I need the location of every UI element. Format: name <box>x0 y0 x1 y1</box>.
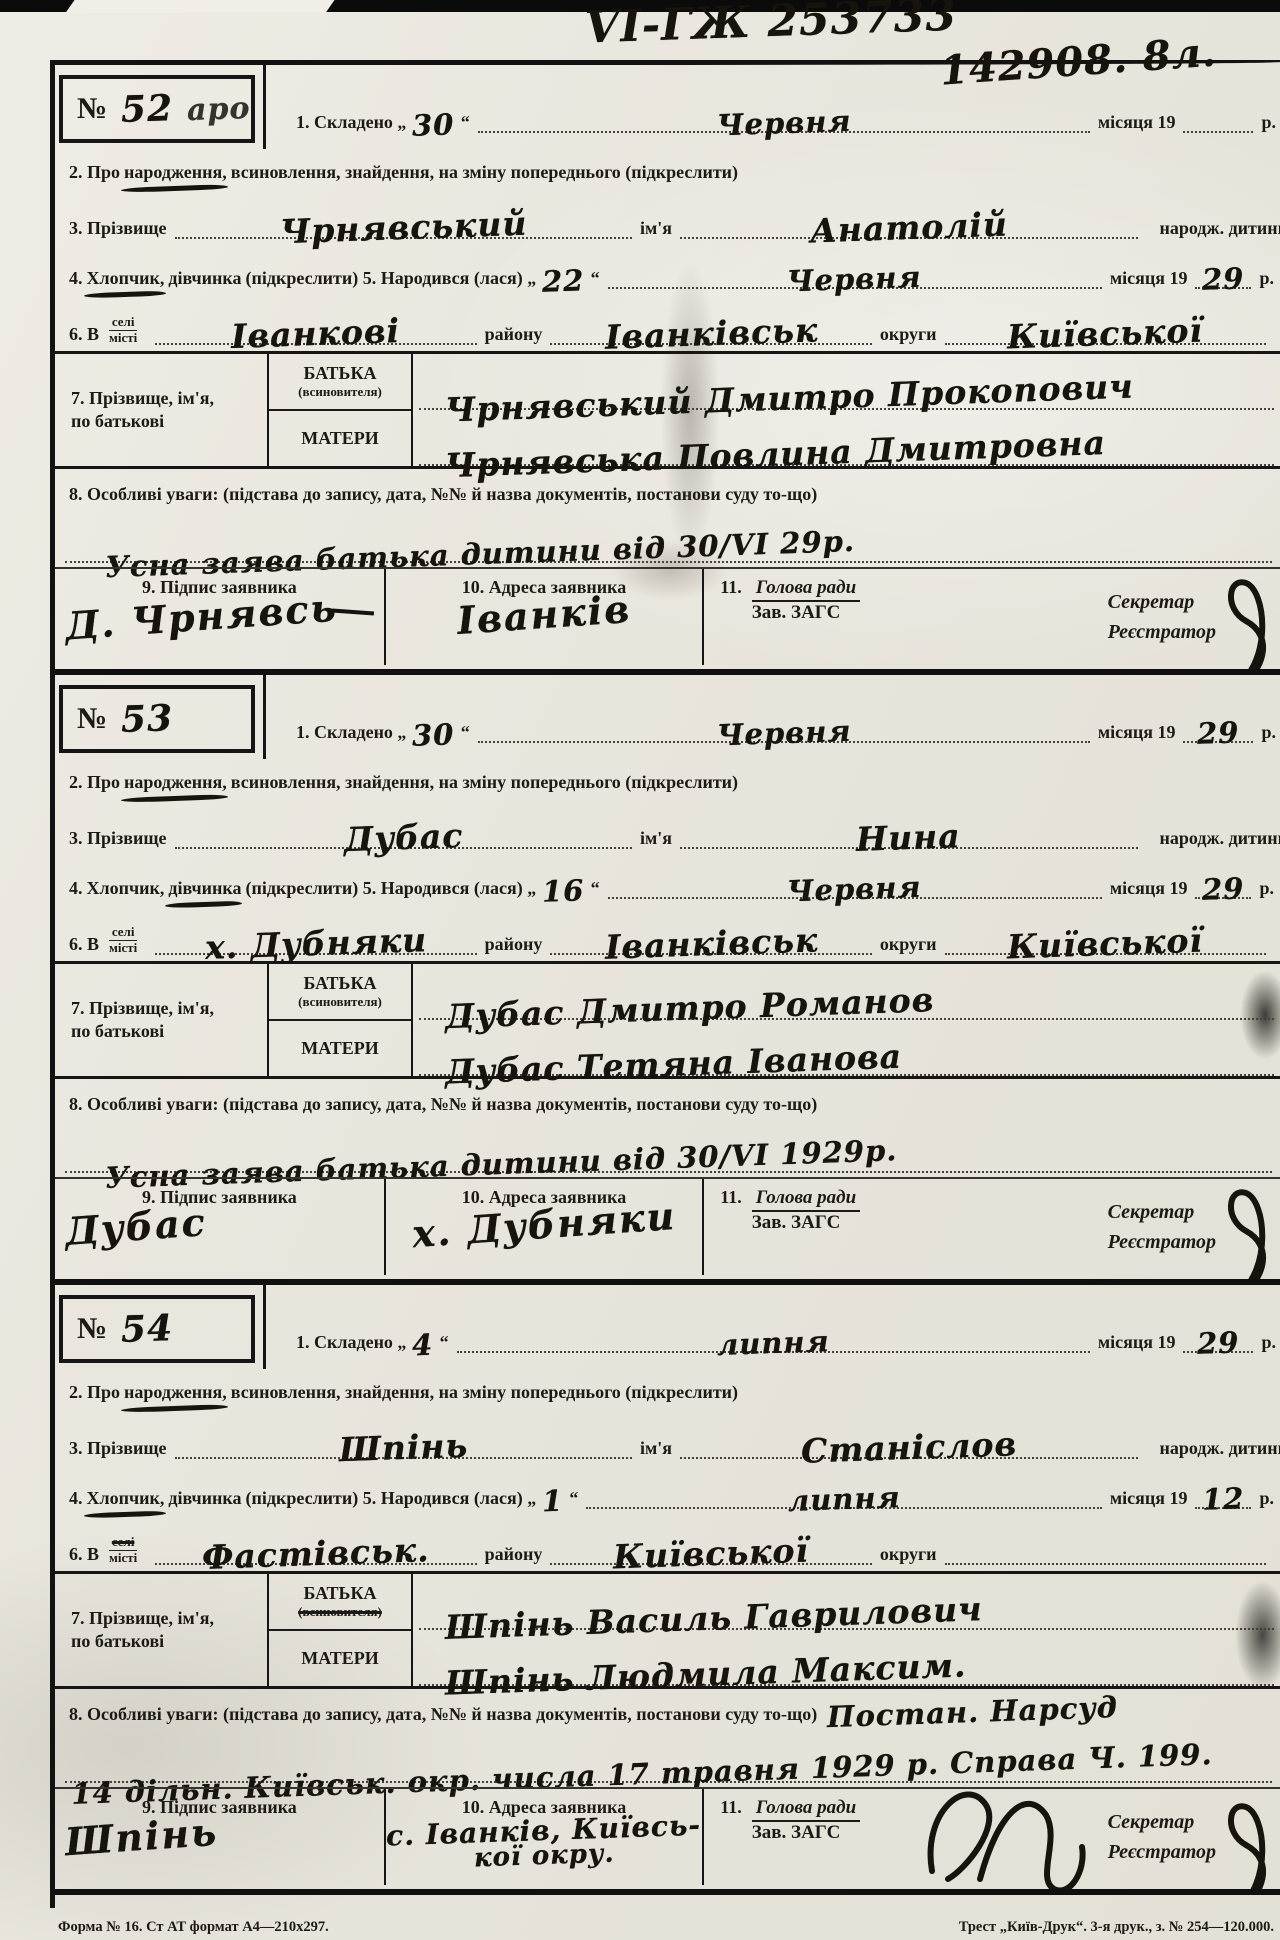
father-label: БАТЬКА <box>303 1583 376 1604</box>
born-month-field: липня <box>586 1479 1101 1509</box>
head-label: Голова ради <box>752 577 860 602</box>
head-num: 11. <box>720 577 742 665</box>
child-birth-label: народж. дитини <box>1160 1438 1280 1459</box>
born-year-field: 29 <box>1195 869 1251 899</box>
signature-row: 9. Підпис заявника Д. Чрнявсь 10. Адреса… <box>55 567 1280 665</box>
parents-label-2: по батькові <box>71 1021 267 1042</box>
parents-label-1: 7. Прізвище, ім'я, <box>71 1608 267 1629</box>
line3-name: 3. Прізвище Дубас ім'я Нина народж. дити… <box>55 799 1280 855</box>
secretary-label: Секретар <box>1108 1811 1195 1833</box>
birth-word-underlined: народження, <box>124 162 227 183</box>
year-suffix: р. <box>1261 722 1276 743</box>
signature-flourish <box>1210 1173 1280 1285</box>
head-num: 11. <box>720 1187 742 1275</box>
record-number: 53 <box>121 702 174 736</box>
father-field: Шпінь Василь Гаврилович <box>419 1574 1274 1630</box>
born-month-field: Червня <box>608 869 1102 899</box>
registrar-label: Реєстратор <box>1108 1841 1216 1863</box>
remarks-handwritten: Усна заява батька дитини від 30/VI 1929р… <box>65 1121 1272 1173</box>
city-word: місті <box>109 941 137 955</box>
in-label: 6. В <box>69 1544 99 1565</box>
month-label: місяця 19 <box>1110 1488 1188 1509</box>
quote: “ <box>569 1488 578 1509</box>
composed-year-field: 29 <box>1183 1323 1253 1353</box>
parents-label: 7. Прізвище, ім'я, по батькові <box>55 964 267 1076</box>
line7-parents: 7. Прізвище, ім'я, по батькові БАТЬКА (в… <box>55 961 1280 1079</box>
applicant-signature-cell: 9. Підпис заявника Д. Чрнявсь <box>55 569 386 665</box>
mother-role: МАТЕРИ <box>269 411 411 466</box>
zags-label: Зав. ЗАГС <box>752 602 860 624</box>
child-birth-label: народж. дитини <box>1160 828 1280 849</box>
remarks-label: 8. Особливі уваги: (підстава до запису, … <box>69 1094 817 1115</box>
father-role: БАТЬКА (всиновителя) <box>269 1574 411 1631</box>
remarks-handwritten: 14 дільн. Київськ. окр. числа 17 травня … <box>65 1731 1272 1783</box>
father-role: БАТЬКА (всиновителя) <box>269 354 411 411</box>
number-sign: № <box>77 702 107 736</box>
record-header: № 53 1. Складено „ 30 “ Червня місяця 19… <box>55 675 1280 759</box>
okruga-field: Київської <box>945 922 1266 955</box>
registrar-label: Реєстратор <box>1108 1231 1216 1253</box>
surname-field: Шпінь <box>175 1426 633 1459</box>
okruga-label: округи <box>880 934 937 955</box>
born-month: Червня <box>787 264 922 295</box>
surname-label: 3. Прізвище <box>69 1438 167 1459</box>
father-label: БАТЬКА <box>303 973 376 994</box>
month-label: місяця 19 <box>1110 878 1188 899</box>
line1-composed: 1. Складено „ 4 “ липня місяця 19 29 р. <box>266 1285 1280 1369</box>
mother-role: МАТЕРИ <box>269 1021 411 1076</box>
boy-word-underlined: Хлопчик, <box>87 1488 165 1509</box>
parents-label: 7. Прізвище, ім'я, по батькові <box>55 354 267 466</box>
remark-inline: Постан. Нарсуд <box>827 1694 1119 1730</box>
composed-year-field: 29 <box>1183 713 1253 743</box>
head-of-council: Голова ради Зав. ЗАГС <box>752 1187 860 1275</box>
record-number-box: № 54 <box>59 1295 255 1363</box>
composed-day: 30 <box>412 111 455 139</box>
father-field: Чрнявський Дмитро Прокопович <box>419 354 1274 410</box>
adopter-label: (всиновителя) <box>298 994 382 1010</box>
signature-flourish <box>1210 563 1280 675</box>
record-entry-54: № 54 1. Складено „ 4 “ липня місяця 19 2… <box>55 1285 1280 1895</box>
signature-row: 9. Підпис заявника Шпінь 10. Адреса заяв… <box>55 1787 1280 1885</box>
line6-place: 6. В селі місті х. Дубняки району Іванкі… <box>55 905 1280 961</box>
zags-label: Зав. ЗАГС <box>752 1212 860 1234</box>
scanned-registry-page: VI-ГЖ 253733 142908. 8л. № 52 аро 1. Скл… <box>0 0 1280 1940</box>
applicant-address-cell: 10. Адреса заявника х. Дубняки <box>386 1179 705 1275</box>
head-of-council: Голова ради Зав. ЗАГС <box>752 577 860 665</box>
quote: “ <box>461 722 470 743</box>
raion-field: Іванківськ <box>550 922 871 955</box>
line8-remarks-label: 8. Особливі уваги: (підстава до запису, … <box>55 1079 1280 1121</box>
city-word: місті <box>109 1551 137 1565</box>
name-field: Станіслов <box>680 1426 1138 1459</box>
name-field: Анатолій <box>680 206 1138 239</box>
year-suffix: р. <box>1261 1332 1276 1353</box>
name-value: Анатолій <box>809 210 1008 247</box>
composed-day: 4 <box>412 1332 434 1359</box>
mother-label: МАТЕРИ <box>301 1038 378 1059</box>
surname-value: Чрнявський <box>279 209 527 247</box>
boy-word: Хлопчик, <box>87 878 165 899</box>
footer-printer: Трест „Київ-Друк“. 3-я друк., з. № 254—1… <box>959 1919 1274 1936</box>
line3-name: 3. Прізвище Шпінь ім'я Станіслов народж.… <box>55 1409 1280 1465</box>
record-number-box: № 53 <box>59 685 255 753</box>
parents-roles: БАТЬКА (всиновителя) МАТЕРИ <box>267 964 413 1076</box>
name-value: Нина <box>856 821 962 854</box>
place-field: Іванкові <box>155 312 476 345</box>
line8-remarks-label: 8. Особливі уваги: (підстава до запису, … <box>55 1689 1280 1731</box>
born-year: 12 <box>1202 1485 1245 1513</box>
place-value: х. Дубняки <box>204 925 427 962</box>
surname-field: Чрнявський <box>175 206 633 239</box>
archive-annotation-code: VI-ГЖ 253733 <box>584 0 957 48</box>
signature-row: 9. Підпис заявника Дубас 10. Адреса заяв… <box>55 1177 1280 1275</box>
about-label: 2. Про <box>69 1382 120 1403</box>
parents-label: 7. Прізвище, ім'я, по батькові <box>55 1574 267 1686</box>
okruga-value: Київської <box>1007 316 1204 353</box>
parents-fields: Чрнявський Дмитро Прокопович Чрнявська П… <box>413 354 1280 466</box>
father-role: БАТЬКА (всиновителя) <box>269 964 411 1021</box>
raion-label: району <box>485 1544 543 1565</box>
surname-value: Шпінь <box>338 1431 468 1465</box>
composed-label: 1. Складено „ <box>296 112 406 133</box>
applicant-signature-cell: 9. Підпис заявника Шпінь <box>55 1789 386 1885</box>
mother-role: МАТЕРИ <box>269 1631 411 1686</box>
parents-label-1: 7. Прізвище, ім'я, <box>71 998 267 1019</box>
born-year-field: 29 <box>1195 259 1251 289</box>
quote: “ <box>591 268 600 289</box>
registrar-label: Реєстратор <box>1108 621 1216 643</box>
born-year: 29 <box>1202 875 1245 903</box>
applicant-signature: Д. Чрнявсь <box>64 591 338 644</box>
line2-event-type: 2. Про народження, всиновлення, знайденн… <box>55 149 1280 189</box>
sex-label-num: 4. <box>69 1488 83 1509</box>
okruga-field: Київської <box>945 312 1266 345</box>
line6-place: 6. В селі місті Іванкові району Іванківс… <box>55 295 1280 351</box>
secretary-registrar: Секретар Реєстратор <box>1108 1807 1272 1885</box>
applicant-signature: Дубас <box>64 1205 208 1249</box>
parents-fields: Дубас Дмитро Романов Дубас Тетяна Іванов… <box>413 964 1280 1076</box>
girl-word: дівчинка <box>168 1488 241 1509</box>
applicant-signature: Шпінь <box>64 1815 219 1860</box>
line3-name: 3. Прізвище Чрнявський ім'я Анатолій нар… <box>55 189 1280 245</box>
parents-roles: БАТЬКА (всиновителя) МАТЕРИ <box>267 354 413 466</box>
raion-field: Іванківськ <box>550 312 871 345</box>
okruga-label: округи <box>880 324 937 345</box>
composed-month: Червня <box>716 718 851 749</box>
parents-label-2: по батькові <box>71 411 267 432</box>
name-value: Станіслов <box>800 1429 1017 1466</box>
event-options: всиновлення, знайдення, на зміну поперед… <box>231 772 738 793</box>
mother-label: МАТЕРИ <box>301 1648 378 1669</box>
parents-label-1: 7. Прізвище, ім'я, <box>71 388 267 409</box>
in-label: 6. В <box>69 934 99 955</box>
composed-month-field: липня <box>457 1323 1090 1353</box>
born-label: (підкреслити) 5. Народився (лася) „ <box>246 878 537 899</box>
year-suffix: р. <box>1259 1488 1274 1509</box>
born-year: 29 <box>1202 265 1245 293</box>
name-label: ім'я <box>640 828 672 849</box>
month-label: місяця 19 <box>1098 722 1176 743</box>
composed-year-field <box>1183 113 1253 133</box>
surname-field: Дубас <box>175 816 633 849</box>
surname-label: 3. Прізвище <box>69 218 167 239</box>
record-entry-53: № 53 1. Складено „ 30 “ Червня місяця 19… <box>55 675 1280 1285</box>
born-month: Червня <box>787 874 922 905</box>
sex-label-num: 4. <box>69 268 83 289</box>
record-number: 54 <box>121 1312 174 1346</box>
raion-value: Іванківськ <box>604 925 818 962</box>
record-number: 52 <box>121 92 174 126</box>
signature-line: Дубас <box>55 1208 384 1244</box>
place-field: х. Дубняки <box>155 922 476 955</box>
month-label: місяця 19 <box>1098 112 1176 133</box>
line4-sex-birthdate: 4. Хлопчик, дівчинка (підкреслити) 5. На… <box>55 855 1280 905</box>
girl-word-underlined: дівчинка <box>168 878 241 899</box>
birth-word-underlined: народження, <box>124 1382 227 1403</box>
officials-cell: 11. Голова ради Зав. ЗАГС Секретар Реєст… <box>704 569 1280 665</box>
record-number-box: № 52 аро <box>59 75 255 143</box>
applicant-address: Іванків <box>456 592 632 638</box>
born-month: липня <box>787 1484 900 1514</box>
signature-line: Шпінь <box>55 1818 384 1854</box>
form-content: № 52 аро 1. Складено „ 30 “ Червня місяц… <box>55 65 1280 1895</box>
record-entry-52: № 52 аро 1. Складено „ 30 “ Червня місяц… <box>55 65 1280 675</box>
number-sign: № <box>77 1312 107 1346</box>
record-header: № 52 аро 1. Складено „ 30 “ Червня місяц… <box>55 65 1280 149</box>
city-word: місті <box>109 331 137 345</box>
line6-place: 6. В селі місті Фастівськ. району Київсь… <box>55 1515 1280 1571</box>
record-number-note: аро <box>187 94 251 123</box>
surname-value: Дубас <box>343 821 463 855</box>
girl-word: дівчинка <box>168 268 241 289</box>
composed-label: 1. Складено „ <box>296 1332 406 1353</box>
paper-tear <box>65 0 334 13</box>
okruga-field <box>945 1545 1266 1565</box>
about-label: 2. Про <box>69 162 120 183</box>
parents-label-2: по батькові <box>71 1631 267 1652</box>
raion-value: Іванківськ <box>604 315 818 352</box>
line7-parents: 7. Прізвище, ім'я, по батькові БАТЬКА (в… <box>55 351 1280 469</box>
okruga-label: округи <box>880 1544 937 1565</box>
secretary-registrar: Секретар Реєстратор <box>1108 1197 1272 1275</box>
head-num: 11. <box>720 1797 742 1885</box>
name-label: ім'я <box>640 1438 672 1459</box>
signature-line: Д. Чрнявсь <box>55 598 384 634</box>
village-word-struck: селі <box>109 1535 137 1550</box>
month-label: місяця 19 <box>1110 268 1188 289</box>
boy-word-underlined: Хлопчик, <box>87 268 165 289</box>
officials-cell: 11. Голова ради Зав. ЗАГС Секретар Реєст… <box>704 1179 1280 1275</box>
line1-composed: 1. Складено „ 30 “ Червня місяця 19 р. <box>266 65 1280 149</box>
quote: “ <box>440 1332 449 1353</box>
village-word: селі <box>109 315 137 330</box>
mother-label: МАТЕРИ <box>301 428 378 449</box>
line2-event-type: 2. Про народження, всиновлення, знайденн… <box>55 1369 1280 1409</box>
adopter-label: (всиновителя) <box>298 384 382 400</box>
applicant-address-cell: 10. Адреса заявника с. Іванків, Київсь- … <box>386 1789 705 1885</box>
sex-label-num: 4. <box>69 878 83 899</box>
officials-cell: 11. Голова ради Зав. ЗАГС Секретар Реєст… <box>704 1789 1280 1885</box>
name-field: Нина <box>680 816 1138 849</box>
adopter-label-struck: (всиновителя) <box>298 1604 382 1620</box>
composed-month: липня <box>717 1328 830 1358</box>
event-options: всиновлення, знайдення, на зміну поперед… <box>231 162 738 183</box>
born-day: 22 <box>542 267 585 295</box>
head-label: Голова ради <box>752 1797 860 1822</box>
birth-word-underlined: народження, <box>124 772 227 793</box>
signature-flourish <box>1210 1787 1280 1895</box>
line1-composed: 1. Складено „ 30 “ Червня місяця 19 29 р… <box>266 675 1280 759</box>
footer-form-number: Форма № 16. Ст АТ формат А4—210х297. <box>58 1919 329 1936</box>
born-month-field: Червня <box>608 259 1102 289</box>
year-suffix: р. <box>1261 112 1276 133</box>
remarks-label: 8. Особливі уваги: (підстава до запису, … <box>69 1704 817 1725</box>
in-label: 6. В <box>69 324 99 345</box>
parents-fields: Шпінь Василь Гаврилович Шпінь Людмила Ма… <box>413 1574 1280 1686</box>
quote: “ <box>591 878 600 899</box>
raion-label: району <box>485 934 543 955</box>
child-birth-label: народж. дитини <box>1160 218 1280 239</box>
village-word: селі <box>109 925 137 940</box>
composed-month-field: Червня <box>478 713 1090 743</box>
applicant-address-cell: 10. Адреса заявника Іванків <box>386 569 705 665</box>
composed-year: 29 <box>1197 719 1240 747</box>
remarks-handwritten: Усна заява батька дитини від 30/VI 29р. <box>65 511 1272 563</box>
born-year-field: 12 <box>1195 1479 1251 1509</box>
born-day: 16 <box>542 877 585 905</box>
composed-month: Червня <box>716 108 851 139</box>
born-label: (підкреслити) 5. Народився (лася) „ <box>246 1488 537 1509</box>
secretary-label: Секретар <box>1108 1201 1195 1223</box>
place-field: Фастівськ. <box>155 1532 476 1565</box>
number-sign: № <box>77 92 107 126</box>
composed-year: 29 <box>1197 1329 1240 1357</box>
year-suffix: р. <box>1259 878 1274 899</box>
quote: “ <box>461 112 470 133</box>
father-label: БАТЬКА <box>303 363 376 384</box>
composed-month-field: Червня <box>478 103 1090 133</box>
head-label: Голова ради <box>752 1187 860 1212</box>
remarks-label: 8. Особливі уваги: (підстава до запису, … <box>69 484 817 505</box>
father-field: Дубас Дмитро Романов <box>419 964 1274 1020</box>
place-value: Фастівськ. <box>202 1535 430 1573</box>
print-footer: Форма № 16. Ст АТ формат А4—210х297. Тре… <box>58 1919 1274 1936</box>
place-value: Іванкові <box>231 316 401 352</box>
secretary-registrar: Секретар Реєстратор <box>1108 587 1272 665</box>
secretary-label: Секретар <box>1108 591 1195 613</box>
head-of-council: Голова ради Зав. ЗАГС <box>752 1797 860 1885</box>
raion-value: Київської <box>613 1536 810 1573</box>
born-label: (підкреслити) 5. Народився (лася) „ <box>246 268 537 289</box>
about-label: 2. Про <box>69 772 120 793</box>
born-day: 1 <box>542 1488 564 1515</box>
record-header: № 54 1. Складено „ 4 “ липня місяця 19 2… <box>55 1285 1280 1369</box>
village-city-fraction: селі місті <box>109 925 137 955</box>
parents-roles: БАТЬКА (всиновителя) МАТЕРИ <box>267 1574 413 1686</box>
raion-label: району <box>485 324 543 345</box>
village-city-fraction: селі місті <box>109 1535 137 1565</box>
raion-field: Київської <box>550 1532 871 1565</box>
event-options: всиновлення, знайдення, на зміну поперед… <box>231 1382 738 1403</box>
year-suffix: р. <box>1259 268 1274 289</box>
month-label: місяця 19 <box>1098 1332 1176 1353</box>
okruga-value: Київської <box>1007 926 1204 963</box>
surname-label: 3. Прізвище <box>69 828 167 849</box>
line4-sex-birthdate: 4. Хлопчик, дівчинка (підкреслити) 5. На… <box>55 1465 1280 1515</box>
applicant-signature-cell: 9. Підпис заявника Дубас <box>55 1179 386 1275</box>
composed-label: 1. Складено „ <box>296 722 406 743</box>
village-city-fraction: селі місті <box>109 315 137 345</box>
name-label: ім'я <box>640 218 672 239</box>
zags-label: Зав. ЗАГС <box>752 1822 860 1844</box>
line2-event-type: 2. Про народження, всиновлення, знайденн… <box>55 759 1280 799</box>
line4-sex-birthdate: 4. Хлопчик, дівчинка (підкреслити) 5. На… <box>55 245 1280 295</box>
composed-day: 30 <box>412 721 455 749</box>
line7-parents: 7. Прізвище, ім'я, по батькові БАТЬКА (в… <box>55 1571 1280 1689</box>
applicant-address: х. Дубняки <box>411 1199 677 1252</box>
